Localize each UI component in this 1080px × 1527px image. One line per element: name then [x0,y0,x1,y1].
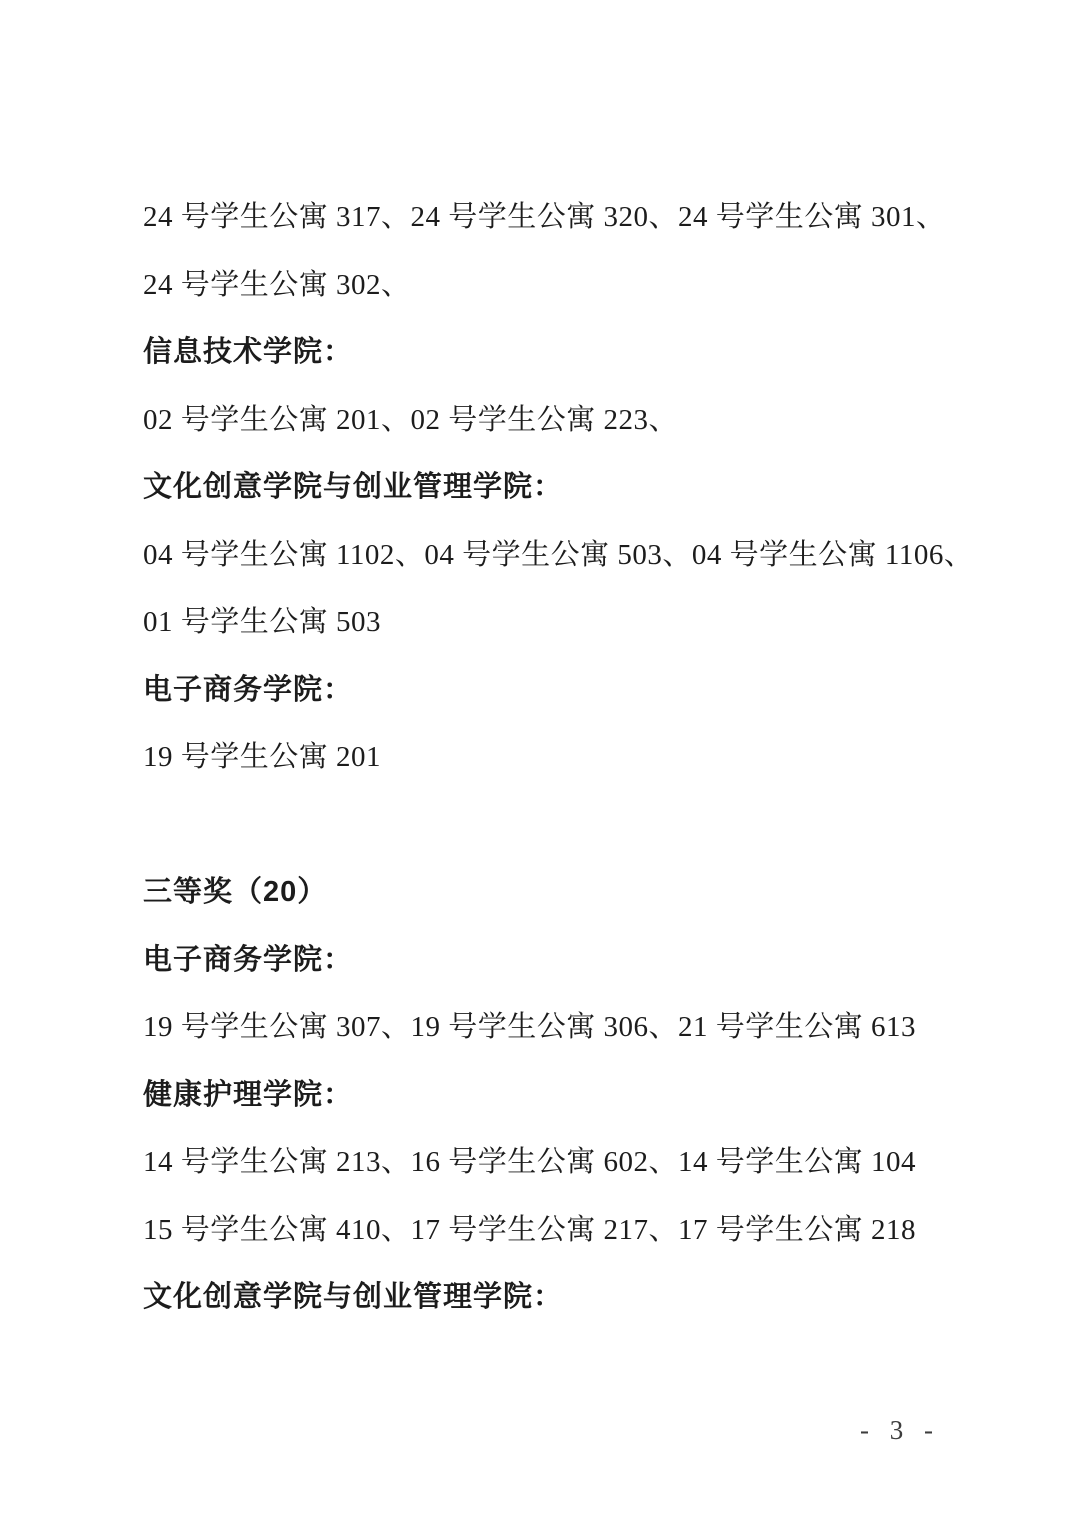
text-line: 24 号学生公寓 317、24 号学生公寓 320、24 号学生公寓 301、 [143,184,1043,252]
section-heading: 电子商务学院： [143,927,1043,995]
text-line: 02 号学生公寓 201、02 号学生公寓 223、 [143,387,1043,455]
page-number: - 3 - [860,1405,940,1455]
blank-line [143,792,1043,860]
document-content: 24 号学生公寓 317、24 号学生公寓 320、24 号学生公寓 301、2… [143,184,1043,1332]
text-line: 15 号学生公寓 410、17 号学生公寓 217、17 号学生公寓 218 [143,1197,1043,1265]
text-line: 19 号学生公寓 201 [143,724,1043,792]
section-heading: 健康护理学院： [143,1062,1043,1130]
section-heading: 文化创意学院与创业管理学院： [143,454,1043,522]
text-line: 04 号学生公寓 1102、04 号学生公寓 503、04 号学生公寓 1106… [143,522,1043,590]
section-heading: 信息技术学院： [143,319,1043,387]
text-line: 01 号学生公寓 503 [143,589,1043,657]
document-page: 24 号学生公寓 317、24 号学生公寓 320、24 号学生公寓 301、2… [0,0,1080,1527]
section-heading: 文化创意学院与创业管理学院： [143,1264,1043,1332]
section-heading: 三等奖（20） [143,859,1043,927]
text-line: 24 号学生公寓 302、 [143,252,1043,320]
text-line: 19 号学生公寓 307、19 号学生公寓 306、21 号学生公寓 613 [143,994,1043,1062]
section-heading: 电子商务学院： [143,657,1043,725]
text-line: 14 号学生公寓 213、16 号学生公寓 602、14 号学生公寓 104 [143,1129,1043,1197]
